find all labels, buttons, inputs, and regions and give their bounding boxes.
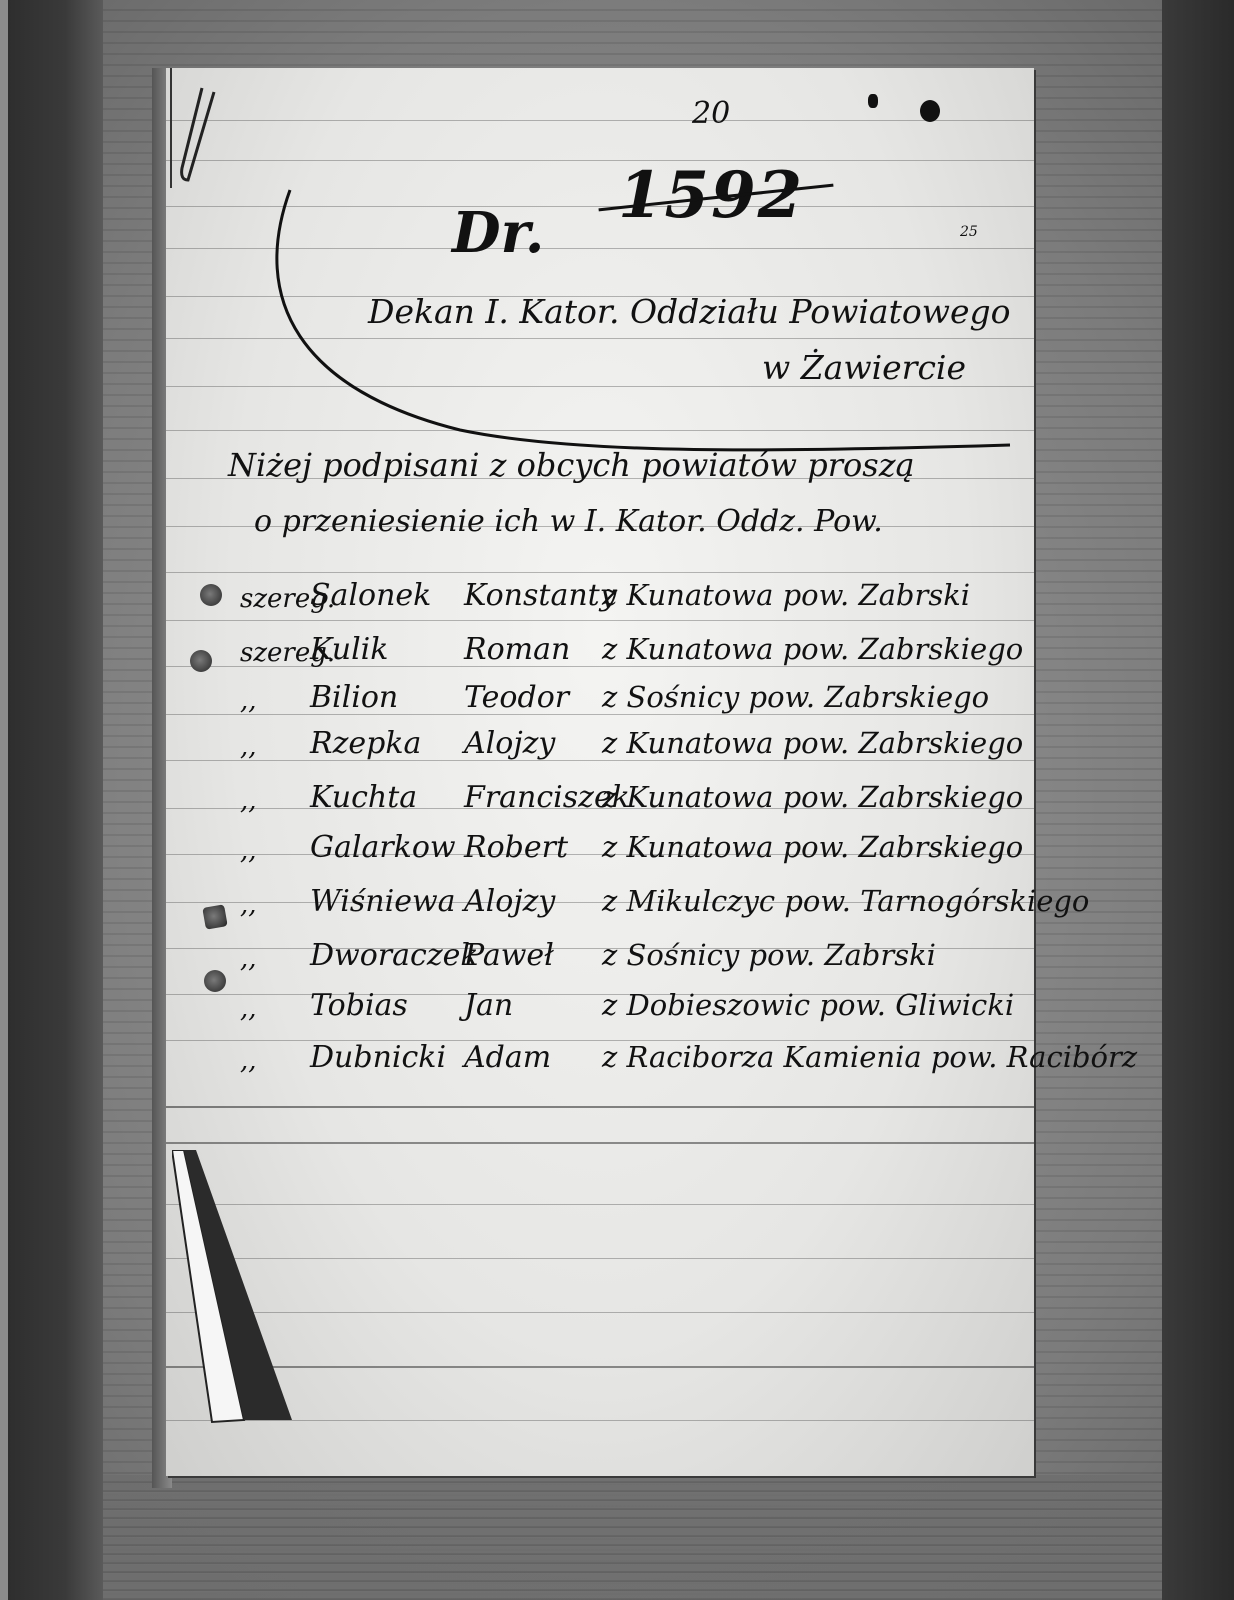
- entry-origin: z Mikulczyc pow. Tarnogórskiego: [602, 884, 1089, 918]
- scanner-band-right: [1162, 0, 1234, 1600]
- entry-origin: z Raciborza Kamienia pow. Racibórz: [602, 1040, 1137, 1074]
- ink-blot: [920, 100, 940, 122]
- folded-corner: [172, 1150, 292, 1430]
- entry-given-name: Alojzy: [464, 726, 555, 761]
- ruled-line: [166, 1420, 1034, 1421]
- entry-surname: Dworaczek: [310, 938, 479, 973]
- ruled-line: [166, 1204, 1034, 1205]
- entry-surname: Rzepka: [310, 726, 421, 761]
- list-item: ,, Galarkow Robert z Kunatowa pow. Zabrs…: [240, 830, 1040, 880]
- entry-origin: z Sośnicy pow. Zabrski: [602, 938, 936, 972]
- entry-given-name: Jan: [464, 988, 513, 1023]
- addressee-line-1: Dekan I. Kator. Oddziału Powiatowego: [368, 292, 1010, 331]
- intro-line-1: Niżej podpisani z obcych powiatów proszą: [228, 446, 915, 484]
- page-number: 20: [692, 96, 730, 131]
- struck-register-number: 1592: [618, 158, 804, 233]
- punch-hole: [200, 584, 222, 606]
- ruled-line: [166, 120, 1034, 121]
- paper-clip-mark: [168, 68, 248, 188]
- entry-origin: z Sośnicy pow. Zabrskiego: [602, 680, 989, 714]
- entry-surname: Kulik: [310, 632, 388, 667]
- margin-note: 25: [960, 224, 978, 240]
- punch-hole: [202, 904, 227, 929]
- intro-line-2: o przeniesienie ich w I. Kator. Oddz. Po…: [254, 504, 883, 539]
- entry-origin: z Kunatowa pow. Zabrskiego: [602, 726, 1023, 760]
- entry-origin: z Kunatowa pow. Zabrski: [602, 578, 970, 612]
- entry-surname: Salonek: [310, 578, 431, 613]
- entry-surname: Dubnicki: [310, 1040, 446, 1075]
- entry-given-name: Alojzy: [464, 884, 555, 919]
- entry-origin: z Kunatowa pow. Zabrskiego: [602, 830, 1023, 864]
- entry-given-name: Paweł: [464, 938, 554, 973]
- entry-surname: Tobias: [310, 988, 408, 1023]
- entry-origin: z Kunatowa pow. Zabrskiego: [602, 632, 1023, 666]
- entry-ditto-mark: ,,: [240, 944, 257, 974]
- entry-given-name: Adam: [464, 1040, 551, 1075]
- entry-surname: Galarkow: [310, 830, 456, 865]
- ruled-line: [166, 572, 1034, 573]
- salutation-mark: Dr.: [452, 200, 544, 266]
- ruled-line: [166, 160, 1034, 161]
- entry-given-name: Konstanty: [464, 578, 617, 613]
- list-item: ,, Rzepka Alojzy z Kunatowa pow. Zabrski…: [240, 726, 1040, 776]
- fold-crease: [166, 1106, 1034, 1108]
- fold-crease: [166, 1366, 1034, 1368]
- list-item: ,, Tobias Jan z Dobieszowic pow. Gliwick…: [240, 988, 1040, 1038]
- entry-given-name: Robert: [464, 830, 568, 865]
- entry-ditto-mark: ,,: [240, 786, 257, 816]
- scanner-band-left: [8, 0, 103, 1600]
- entry-surname: Bilion: [310, 680, 398, 715]
- entry-given-name: Teodor: [464, 680, 569, 715]
- list-item: szereg. Salonek Konstanty z Kunatowa pow…: [240, 578, 1040, 628]
- entry-ditto-mark: ,,: [240, 732, 257, 762]
- entry-ditto-mark: ,,: [240, 890, 257, 920]
- list-item: ,, Dworaczek Paweł z Sośnicy pow. Zabrsk…: [240, 938, 1040, 988]
- addressee-line-2: w Żawiercie: [762, 348, 966, 387]
- list-item: szereg. Kulik Roman z Kunatowa pow. Zabr…: [240, 632, 1040, 682]
- entry-ditto-mark: ,,: [240, 836, 257, 866]
- punch-hole: [190, 650, 212, 672]
- list-item: ,, Kuchta Franciszek z Kunatowa pow. Zab…: [240, 780, 1040, 830]
- fold-crease: [166, 1142, 1034, 1144]
- list-item: ,, Wiśniewa Alojzy z Mikulczyc pow. Tarn…: [240, 884, 1040, 934]
- entry-ditto-mark: ,,: [240, 994, 257, 1024]
- entry-ditto-mark: ,,: [240, 1046, 257, 1076]
- entry-surname: Kuchta: [310, 780, 417, 815]
- entry-ditto-mark: ,,: [240, 686, 257, 716]
- ink-blot: [868, 94, 878, 108]
- list-item: ,, Dubnicki Adam z Raciborza Kamienia po…: [240, 1040, 1040, 1090]
- ruled-line: [166, 1258, 1034, 1259]
- scan-left-edge: [0, 0, 8, 1600]
- entry-given-name: Roman: [464, 632, 570, 667]
- entry-origin: z Kunatowa pow. Zabrskiego: [602, 780, 1023, 814]
- scan-bottom-area: [103, 1475, 1162, 1600]
- punch-hole: [204, 970, 226, 992]
- list-item: ,, Bilion Teodor z Sośnicy pow. Zabrskie…: [240, 680, 1040, 730]
- ruled-line: [166, 1312, 1034, 1313]
- entry-origin: z Dobieszowic pow. Gliwicki: [602, 988, 1014, 1022]
- entry-surname: Wiśniewa: [310, 884, 456, 919]
